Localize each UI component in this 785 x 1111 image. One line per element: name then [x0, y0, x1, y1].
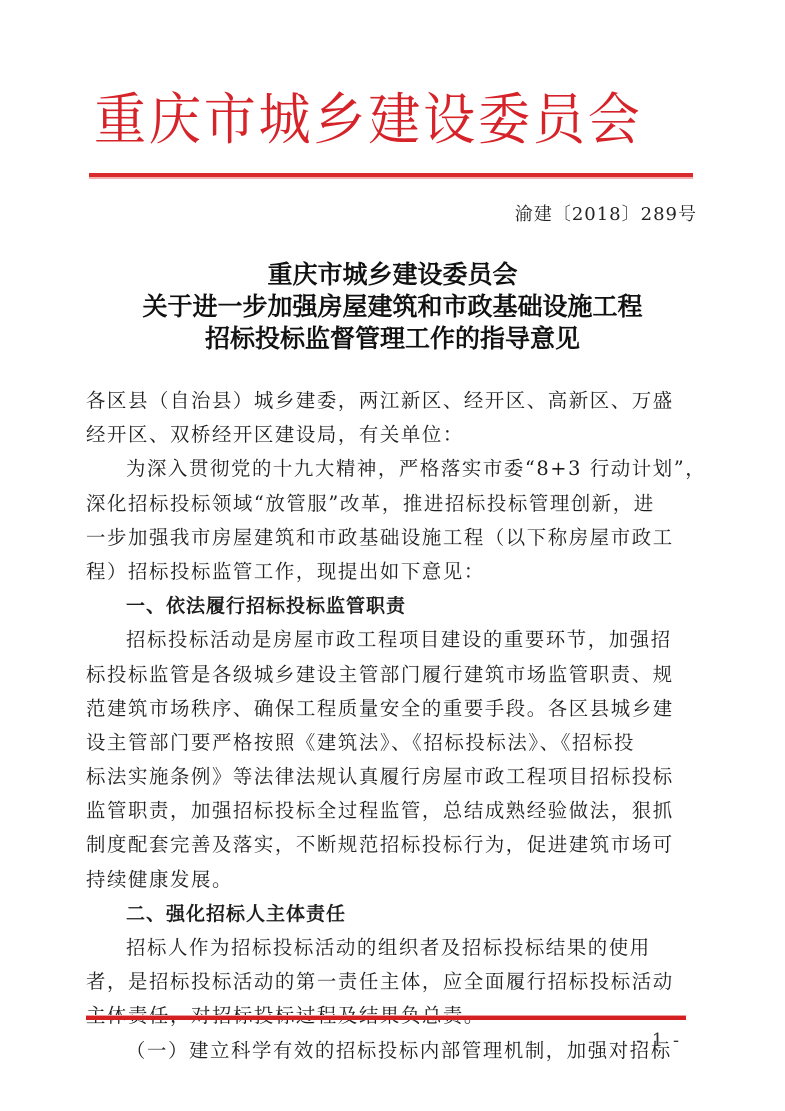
- body-line: 深化招标投标领域“放管服”改革，推进招标投标管理创新，进: [86, 487, 698, 521]
- document-body: 各区县（自治县）城乡建委，两江新区、经开区、高新区、万盛 经开区、双桥经开区建设…: [86, 384, 698, 1068]
- document-title-line-3: 招标投标监督管理工作的指导意见: [70, 322, 715, 355]
- document-title-line-2: 关于进一步加强房屋建筑和市政基础设施工程: [70, 290, 715, 323]
- masthead-red-rule: [89, 173, 693, 179]
- body-line: 经开区、双桥经开区建设局，有关单位：: [86, 418, 698, 452]
- body-line: 范建筑市场秩序、确保工程质量安全的重要手段。各区县城乡建: [86, 692, 698, 726]
- issuer-masthead: 重庆市城乡建设委员会: [80, 88, 657, 154]
- body-line: 为深入贯彻党的十九大精神，严格落实市委“8+3 行动计划”，: [86, 452, 698, 486]
- page-number: - 1 -: [636, 1030, 681, 1051]
- body-line: 者，是招标投标活动的第一责任主体，应全面履行招标投标活动: [86, 965, 698, 999]
- body-line: 标投标监管是各级城乡建设主管部门履行建筑市场监管职责、规: [86, 658, 698, 692]
- body-line: 各区县（自治县）城乡建委，两江新区、经开区、高新区、万盛: [86, 384, 698, 418]
- body-line: 设主管部门要严格按照《建筑法》、《招标投标法》、《招标投: [86, 726, 698, 760]
- body-line: 标法实施条例》等法律法规认真履行房屋市政工程项目招标投标: [86, 760, 698, 794]
- body-line: 招标投标活动是房屋市政工程项目建设的重要环节，加强招: [86, 623, 698, 657]
- body-line: 程）招标投标监管工作，现提出如下意见：: [86, 555, 698, 589]
- body-line: 监管职责，加强招标投标全过程监管，总结成熟经验做法，狠抓: [86, 794, 698, 828]
- section-heading-1: 一、依法履行招标投标监管职责: [86, 589, 698, 623]
- document-number: 渝建〔2018〕289号: [515, 200, 697, 226]
- section-heading-2: 二、强化招标人主体责任: [86, 897, 698, 931]
- body-line: 一步加强我市房屋建筑和市政基础设施工程（以下称房屋市政工: [86, 521, 698, 555]
- document-title-line-1: 重庆市城乡建设委员会: [70, 258, 715, 291]
- footer-red-rule: [86, 1015, 686, 1020]
- body-line: 持续健康发展。: [86, 863, 698, 897]
- body-line: 招标人作为招标投标活动的组织者及招标投标结果的使用: [86, 931, 698, 965]
- body-line: 制度配套完善及落实，不断规范招标投标行为，促进建筑市场可: [86, 828, 698, 862]
- body-line: （一）建立科学有效的招标投标内部管理机制，加强对招标: [86, 1034, 698, 1068]
